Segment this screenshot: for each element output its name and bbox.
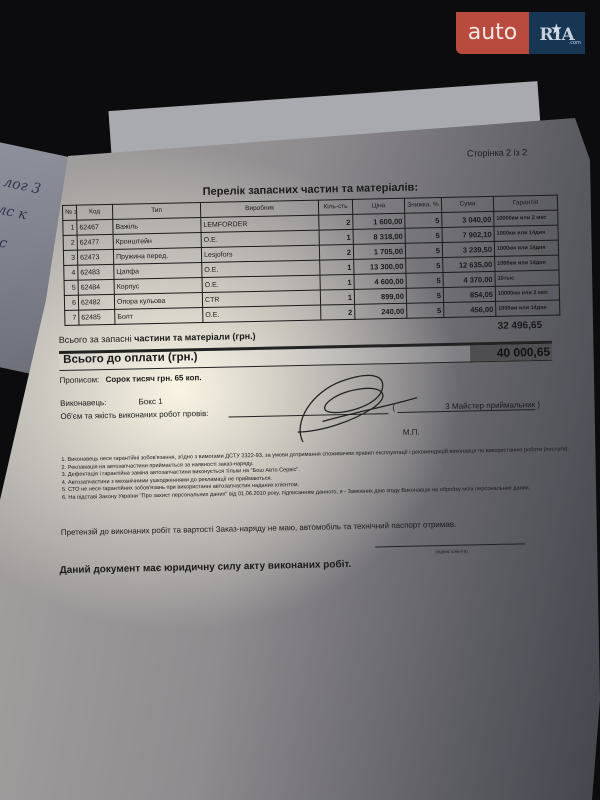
cell-n: 4 (64, 265, 78, 280)
parts-total-value: 32 496,65 (497, 320, 542, 332)
parts-table: № з/пКодТипВиробникКіль-стьЦінаЗнижка, %… (62, 195, 560, 326)
cell-sum: 854,05 (443, 286, 495, 302)
cell-maker: O.E. (203, 305, 321, 322)
cell-warranty: 10тыс (495, 270, 559, 286)
cell-price: 8 318,00 (353, 228, 405, 244)
parts-total-label: Всього за запасні частини та матеріали (… (59, 331, 256, 345)
handwritten-signature (281, 359, 423, 447)
cell-n: 5 (64, 280, 78, 295)
cell-disc: 5 (407, 302, 444, 318)
column-header: Знижка, % (404, 198, 441, 214)
cell-code: 62467 (77, 219, 113, 235)
executor: Виконавець: Бокс 1 (60, 397, 163, 408)
cell-qty: 1 (320, 274, 354, 290)
legal-statement: Даний документ має юридичну силу акту ви… (59, 559, 351, 576)
cell-code: 62485 (79, 309, 115, 325)
parts-total-label-b: частини та матеріали (грн.) (134, 331, 256, 344)
column-header: № з/п (62, 205, 76, 220)
cell-sum: 3 040,00 (442, 211, 494, 227)
in-words-label: Прописом: (60, 375, 100, 385)
cell-qty: 2 (319, 244, 353, 260)
in-words-value: Сорок тисяч грн. 65 коп. (105, 373, 201, 384)
column-header: Сума (441, 196, 493, 212)
claims-statement: Претензій до виконаних робіт та вартості… (61, 519, 501, 537)
cell-code: 62484 (78, 279, 114, 295)
handwriting: лс к (0, 202, 28, 224)
page-number: Сторінка 2 із 2 (467, 147, 527, 158)
cell-disc: 5 (406, 273, 443, 289)
executor-label: Виконавець: (60, 398, 106, 408)
cell-price: 1 600,00 (353, 213, 405, 229)
terms-notes: 1. Виконавець несе гарантійні зобов'язан… (61, 446, 572, 502)
cell-code: 62482 (78, 294, 114, 310)
cell-disc: 5 (405, 228, 442, 244)
cell-sum: 4 370,00 (443, 271, 495, 287)
cell-sum: 3 239,50 (442, 241, 494, 257)
cell-disc: 5 (405, 213, 442, 229)
cell-price: 13 300,00 (354, 258, 406, 274)
cell-warranty: 1000км или 14дня (494, 240, 558, 256)
cell-warranty: 1000км или 14дня (494, 225, 558, 241)
cell-type: Болт (115, 308, 203, 325)
parts-total-label-a: Всього за запасні (59, 334, 132, 346)
client-signature-line (375, 543, 525, 547)
cell-code: 62477 (77, 234, 113, 250)
cell-sum: 12 635,00 (443, 256, 495, 272)
cell-n: 6 (64, 295, 78, 310)
column-header: Ціна (352, 198, 404, 214)
column-header: Гарантія (493, 195, 557, 211)
handwriting: лог 3 (2, 174, 42, 198)
amount-in-words: Прописом: Сорок тисяч грн. 65 коп. (60, 373, 202, 385)
cell-qty: 1 (320, 289, 354, 305)
cell-sum: 7 902,10 (442, 226, 494, 242)
cell-disc: 5 (406, 287, 443, 303)
logo-auto: auto (456, 12, 529, 54)
cell-qty: 2 (321, 304, 355, 320)
total-due-value: 40 000,65 (470, 344, 552, 362)
cell-price: 240,00 (355, 303, 407, 319)
cell-price: 4 600,00 (354, 273, 406, 289)
cell-n: 3 (63, 250, 77, 265)
column-header: Код (76, 204, 112, 220)
cell-price: 899,00 (354, 288, 406, 304)
handwriting: ос (0, 233, 9, 252)
cell-disc: 5 (406, 258, 443, 274)
cell-n: 1 (63, 220, 77, 235)
cell-qty: 2 (319, 214, 353, 230)
logo-ria: ★ RIA .com (529, 12, 585, 54)
logo-suffix: .com (569, 20, 581, 66)
cell-warranty: 10000км или 2 мес (495, 285, 559, 301)
parts-list-title: Перелік запасних частин та матеріалів: (203, 182, 419, 199)
total-due-label: Всього до оплати (грн.) (63, 351, 198, 366)
autoria-watermark: auto ★ RIA .com (456, 12, 585, 54)
client-signature-caption: (підпис клієнта) (435, 549, 468, 555)
cell-disc: 5 (405, 243, 442, 259)
cell-qty: 1 (319, 229, 353, 245)
cell-n: 7 (65, 310, 79, 325)
cell-warranty: 1000км или 14дня (496, 300, 560, 316)
cell-n: 2 (63, 235, 77, 250)
cell-qty: 1 (320, 259, 354, 275)
cell-code: 62473 (77, 249, 113, 265)
cell-code: 62483 (78, 264, 114, 280)
work-quality-label: Об'єм та якість виконаних робот провів: (60, 409, 208, 421)
cell-warranty: 1000км или 14дня (495, 255, 559, 271)
column-header: Кіль-сть (318, 199, 352, 215)
cell-sum: 456,00 (444, 301, 496, 317)
star-icon: ★ (551, 6, 562, 52)
cell-price: 1 705,00 (353, 243, 405, 259)
executor-value: Бокс 1 (139, 397, 163, 407)
cell-warranty: 10000км или 2 мес (494, 210, 558, 226)
